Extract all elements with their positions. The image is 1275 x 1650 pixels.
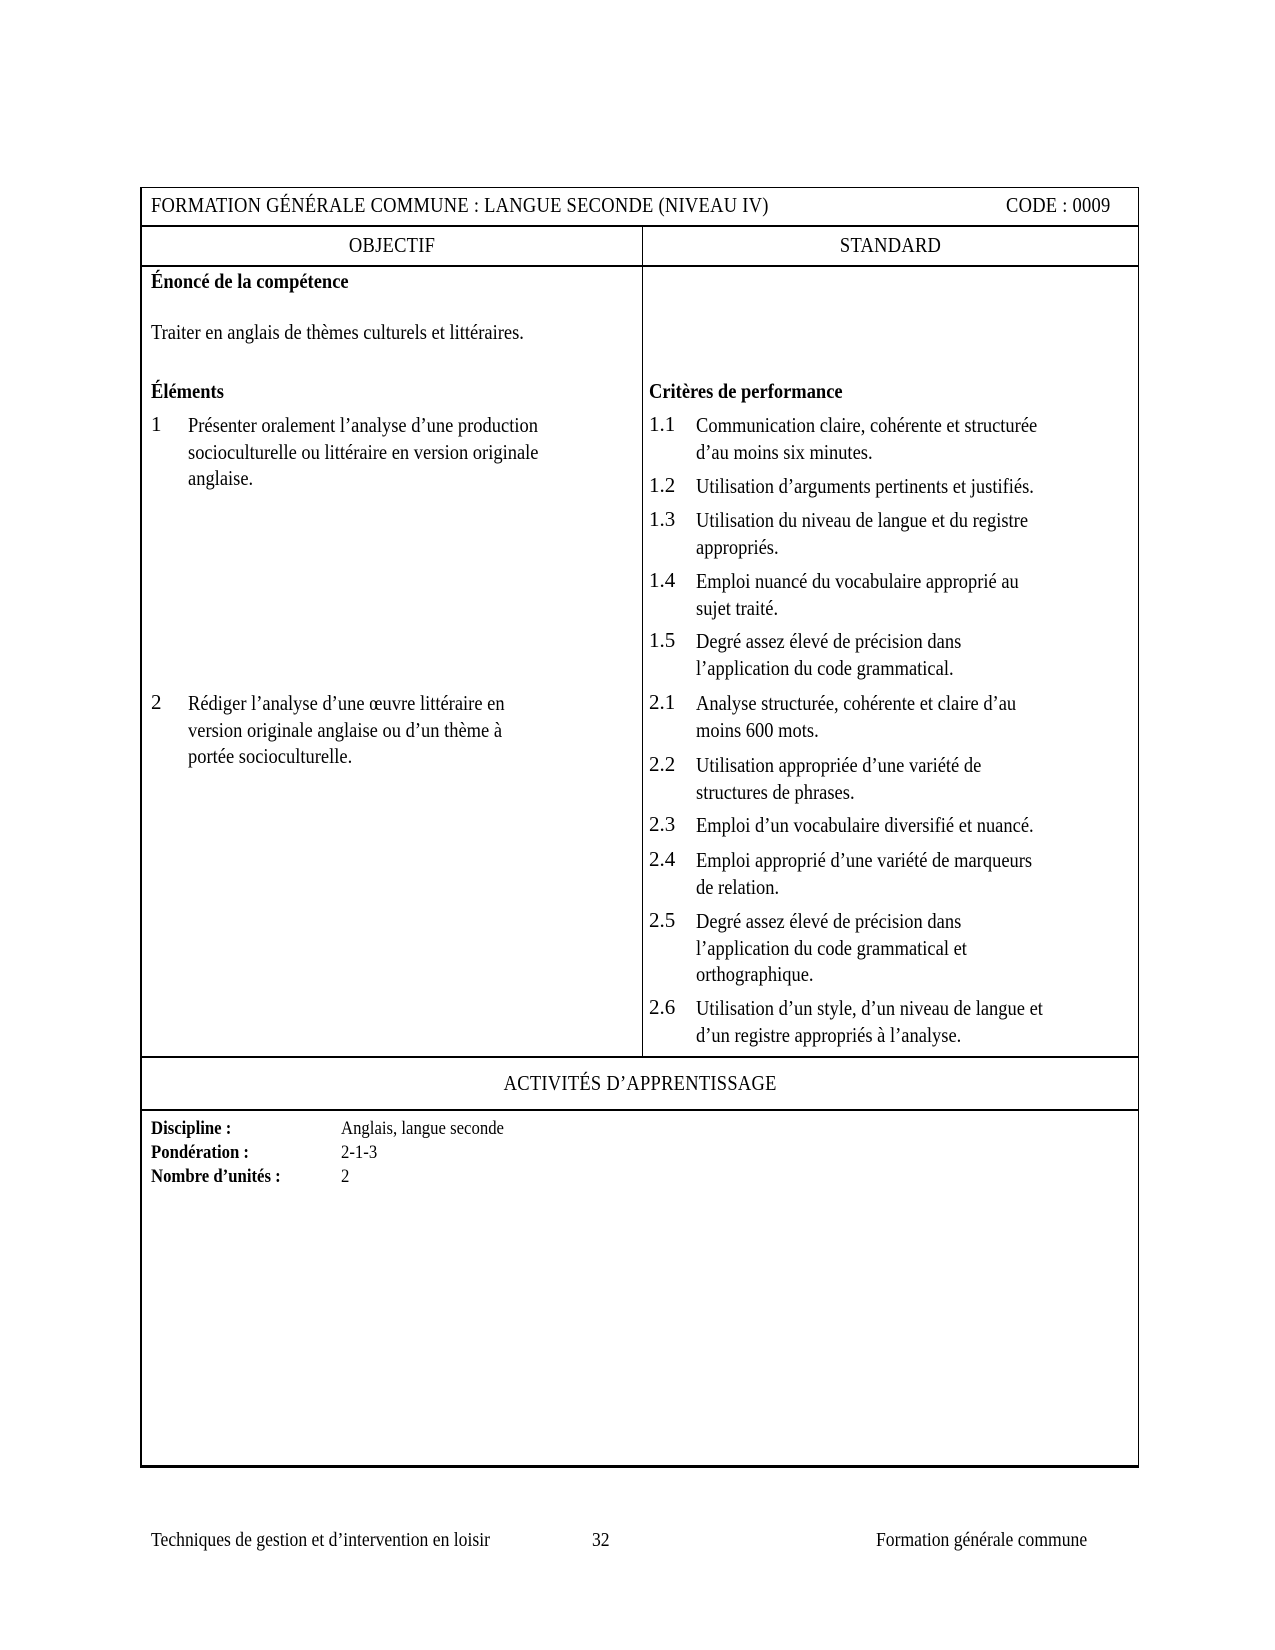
- competence-heading-text: Énoncé de la compétence: [151, 268, 349, 294]
- field-label: Nombre d’unités :: [151, 1165, 281, 1189]
- criterion-line: Utilisation du niveau de langue et du re…: [696, 507, 1028, 534]
- criterion-text: Degré assez élevé de précision dansl’app…: [696, 908, 1004, 988]
- criterion-line: structures de phrases.: [696, 779, 855, 806]
- field-label: Pondération :: [151, 1141, 249, 1165]
- criterion-text: Analyse structurée, cohérente et claire …: [696, 690, 1060, 743]
- element-text: Rédiger l’analyse d’une œuvre littéraire…: [188, 690, 548, 770]
- element-line: anglaise.: [188, 465, 253, 492]
- criterion-line: d’au moins six minutes.: [696, 439, 873, 466]
- field-label: Discipline :: [151, 1117, 231, 1141]
- footer-section: Formation générale commune: [876, 1529, 1116, 1552]
- document-title: FORMATION GÉNÉRALE COMMUNE : LANGUE SECO…: [151, 193, 853, 218]
- column-header-objectif: OBJECTIF: [142, 233, 642, 258]
- criterion-text: Utilisation d’arguments pertinents et ju…: [696, 473, 1080, 500]
- criterion-number: 1.3: [649, 507, 675, 532]
- field-value: Anglais, langue seconde: [341, 1117, 504, 1141]
- criterion-line: Utilisation appropriée d’une variété de: [696, 752, 981, 779]
- criterion-text: Degré assez élevé de précision dansl’app…: [696, 628, 997, 681]
- criterion-line: d’un registre appropriés à l’analyse.: [696, 1022, 961, 1049]
- element-line: socioculturelle ou littéraire en version…: [188, 439, 538, 466]
- criterion-text: Emploi nuancé du vocabulaire approprié a…: [696, 568, 1063, 621]
- column-header-objectif-text: OBJECTIF: [349, 233, 435, 258]
- criterion-number: 2.4: [649, 847, 675, 872]
- activities-fields: Discipline : Anglais, langue seconde Pon…: [151, 1117, 298, 1189]
- criterion-line: appropriés.: [696, 534, 779, 561]
- criterion-line: Utilisation d’un style, d’un niveau de l…: [696, 995, 1043, 1022]
- criterion-line: Emploi approprié d’une variété de marque…: [696, 847, 1032, 874]
- activities-top-divider: [142, 1056, 1139, 1058]
- elements-heading-text: Éléments: [151, 378, 224, 404]
- criterion-line: Degré assez élevé de précision dans: [696, 628, 961, 655]
- element-line: Rédiger l’analyse d’une œuvre littéraire…: [188, 690, 505, 717]
- criteria-heading-text: Critères de performance: [649, 378, 843, 404]
- field-value: 2: [341, 1165, 349, 1189]
- criterion-line: Emploi nuancé du vocabulaire approprié a…: [696, 568, 1019, 595]
- activities-bottom-divider: [142, 1109, 1139, 1111]
- criterion-line: Communication claire, cohérente et struc…: [696, 412, 1037, 439]
- criterion-text: Communication claire, cohérente et struc…: [696, 412, 1084, 465]
- element-number: 2: [151, 690, 162, 715]
- elements-heading: Éléments: [151, 378, 234, 404]
- activities-heading: ACTIVITÉS D’APPRENTISSAGE: [142, 1071, 1139, 1096]
- competence-heading: Énoncé de la compétence: [151, 268, 376, 294]
- activities-heading-text: ACTIVITÉS D’APPRENTISSAGE: [504, 1071, 777, 1096]
- criterion-number: 2.5: [649, 908, 675, 933]
- criterion-text: Emploi approprié d’une variété de marque…: [696, 847, 1078, 900]
- criterion-text: Utilisation d’un style, d’un niveau de l…: [696, 995, 1090, 1048]
- field-row-ponderation: Pondération : 2-1-3: [151, 1141, 298, 1165]
- title-row-divider: [142, 225, 1139, 227]
- criterion-number: 1.4: [649, 568, 675, 593]
- footer-program-text: Techniques de gestion et d’intervention …: [151, 1529, 490, 1552]
- footer-program: Techniques de gestion et d’intervention …: [151, 1529, 536, 1552]
- page-number-text: 32: [592, 1529, 610, 1552]
- criterion-text: Utilisation du niveau de langue et du re…: [696, 507, 1073, 560]
- criterion-line: moins 600 mots.: [696, 717, 819, 744]
- criterion-line: l’application du code grammatical.: [696, 655, 954, 682]
- element-line: version originale anglaise ou d’un thème…: [188, 717, 502, 744]
- criterion-text: Utilisation appropriée d’une variété des…: [696, 752, 1020, 805]
- criterion-number: 1.5: [649, 628, 675, 653]
- criterion-text: Emploi d’un vocabulaire diversifié et nu…: [696, 812, 1080, 839]
- element-line: Présenter oralement l’analyse d’une prod…: [188, 412, 538, 439]
- column-header-standard-text: STANDARD: [840, 233, 941, 258]
- page-number: 32: [592, 1529, 612, 1552]
- criterion-number: 1.1: [649, 412, 675, 437]
- criterion-line: de relation.: [696, 874, 779, 901]
- criterion-line: Utilisation d’arguments pertinents et ju…: [696, 473, 1034, 500]
- course-code: CODE : 0009: [1006, 193, 1125, 218]
- criterion-line: sujet traité.: [696, 595, 778, 622]
- criterion-line: Analyse structurée, cohérente et claire …: [696, 690, 1016, 717]
- competence-statement: Traiter en anglais de thèmes culturels e…: [151, 319, 575, 345]
- header-row-divider: [142, 265, 1139, 267]
- criterion-number: 2.3: [649, 812, 675, 837]
- criterion-line: orthographique.: [696, 961, 814, 988]
- field-row-discipline: Discipline : Anglais, langue seconde: [151, 1117, 298, 1141]
- competence-statement-text: Traiter en anglais de thèmes culturels e…: [151, 319, 524, 345]
- field-value: 2-1-3: [341, 1141, 377, 1165]
- criterion-line: Emploi d’un vocabulaire diversifié et nu…: [696, 812, 1034, 839]
- criteria-heading: Critères de performance: [649, 378, 869, 404]
- element-number: 1: [151, 412, 162, 437]
- column-divider: [642, 226, 643, 1057]
- criterion-line: l’application du code grammatical et: [696, 935, 967, 962]
- criterion-number: 1.2: [649, 473, 675, 498]
- document-title-text: FORMATION GÉNÉRALE COMMUNE : LANGUE SECO…: [151, 193, 769, 218]
- column-header-standard: STANDARD: [643, 233, 1139, 258]
- criterion-line: Degré assez élevé de précision dans: [696, 908, 961, 935]
- footer-section-text: Formation générale commune: [876, 1529, 1087, 1552]
- element-text: Présenter oralement l’analyse d’une prod…: [188, 412, 586, 492]
- criterion-number: 2.6: [649, 995, 675, 1020]
- course-code-text: CODE : 0009: [1006, 193, 1111, 218]
- criterion-number: 2.1: [649, 690, 675, 715]
- criterion-number: 2.2: [649, 752, 675, 777]
- field-row-units: Nombre d’unités : 2: [151, 1165, 298, 1189]
- element-line: portée socioculturelle.: [188, 743, 352, 770]
